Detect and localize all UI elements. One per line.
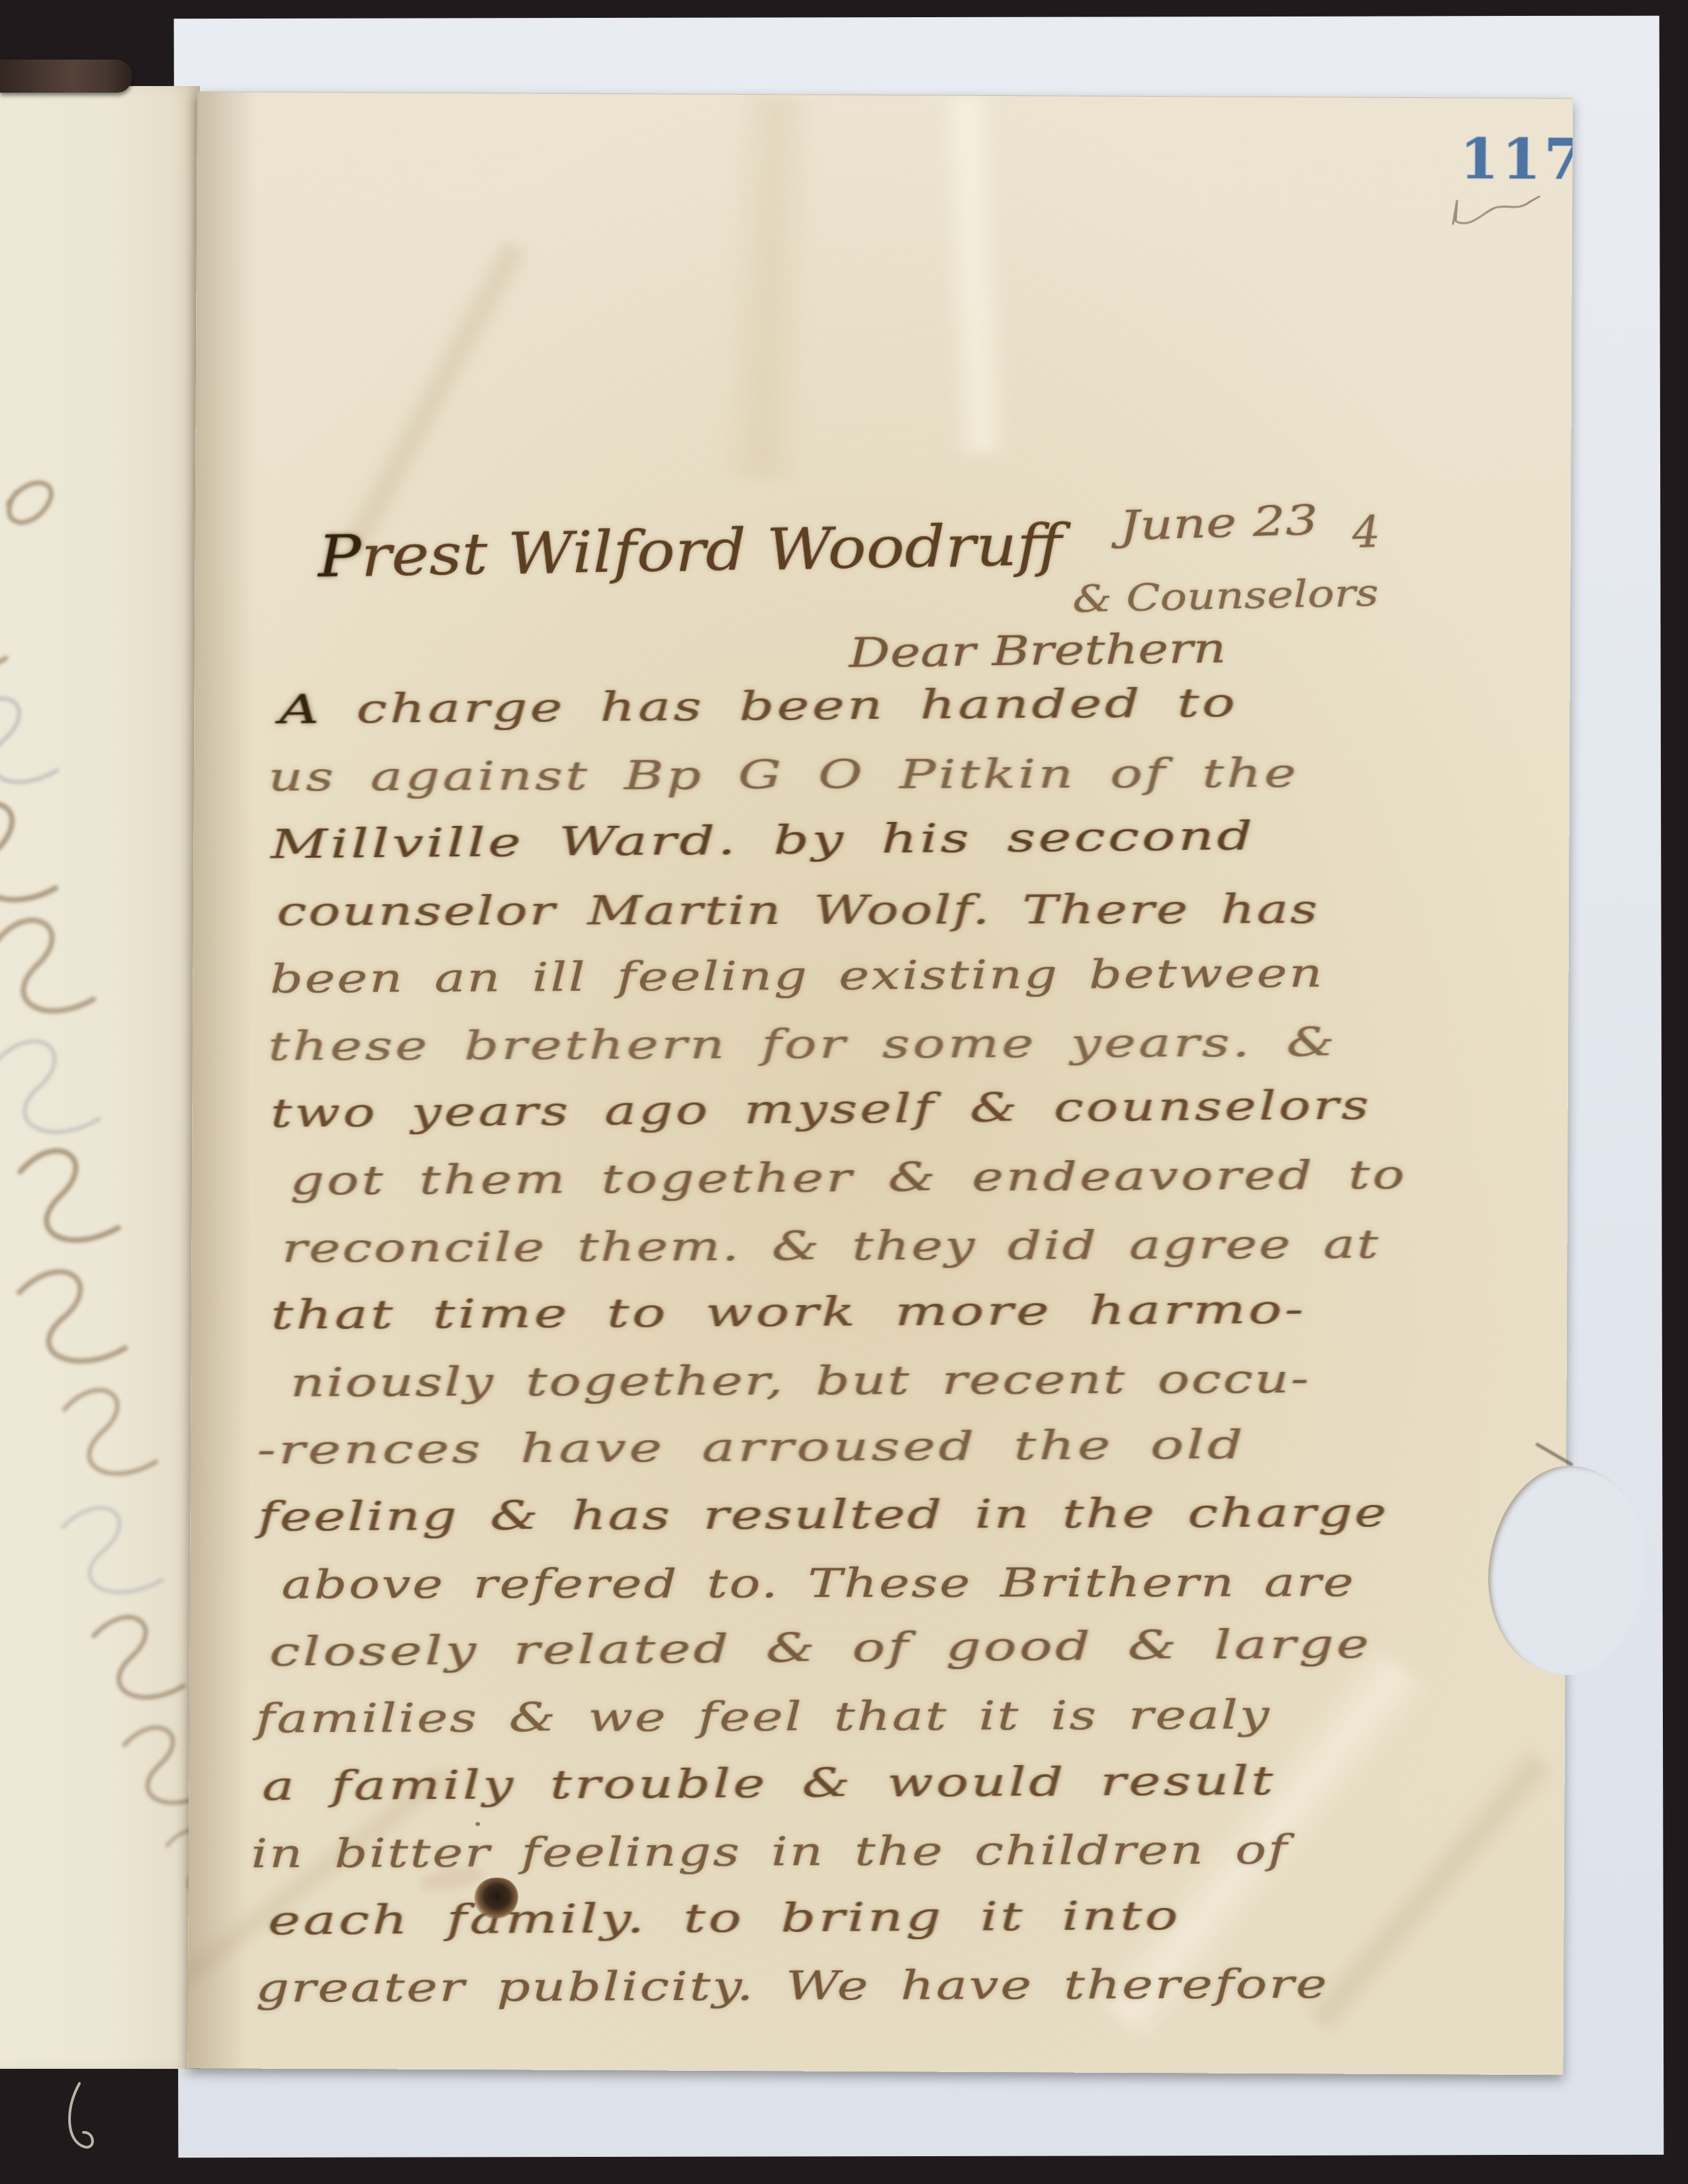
addressee-continuation: & Counselors xyxy=(1072,572,1379,621)
paper-crease xyxy=(718,93,820,480)
body-line: greater publicity. We have therefore xyxy=(256,1961,1329,2011)
salutation: Dear Brethern xyxy=(849,624,1227,677)
body-line: been an ill feeling existing between xyxy=(270,950,1325,1003)
body-line: that time to work more harmo- xyxy=(271,1287,1306,1339)
book-binding-edge xyxy=(0,60,132,93)
body-line: us against Bp G O Pitkin of the xyxy=(268,751,1299,801)
paper-crease xyxy=(936,95,1013,455)
paper-thread xyxy=(46,2078,139,2177)
date-line: June 23 xyxy=(1119,496,1319,550)
ink-speck xyxy=(563,1792,567,1796)
body-line: closely related & of good & large xyxy=(269,1621,1372,1675)
pencil-mark xyxy=(1448,183,1554,236)
paper-crease xyxy=(335,237,533,559)
body-line: each family. to bring it into xyxy=(268,1893,1181,1944)
addressee-line: Prest Wilford Woodruff xyxy=(318,512,1062,590)
bleedthrough-writing xyxy=(0,86,200,2069)
body-line: got them together & endeavored to xyxy=(290,1152,1407,1204)
body-line: in bitter feelings in the children of xyxy=(251,1827,1289,1877)
body-line: these brethern for some years. & xyxy=(268,1019,1337,1069)
gutter-shadow xyxy=(187,92,257,2068)
body-line: A charge has been handed to xyxy=(279,680,1238,733)
letter-page: 117 June 23 4 Prest Wilford Woodruff & C… xyxy=(187,91,1573,2075)
body-line: two years ago myself & counselors xyxy=(271,1082,1372,1136)
letter-page-surface: 117 June 23 4 Prest Wilford Woodruff & C… xyxy=(187,92,1573,2075)
page-number-stamp: 117 xyxy=(1460,126,1573,192)
ink-speck xyxy=(475,1822,480,1826)
facing-page-edge xyxy=(0,86,200,2069)
body-line: reconcile them. & they did agree at xyxy=(282,1221,1380,1271)
body-line: -rences have arroused the old xyxy=(257,1422,1246,1473)
scanned-letter-screenshot: { "document": { "type": "handwritten let… xyxy=(0,0,1688,2184)
body-line: feeling & has resulted in the charge xyxy=(258,1490,1388,1541)
body-line: Millville Ward. by his seccond xyxy=(271,813,1256,868)
body-line: niously together, but recent occu- xyxy=(291,1356,1311,1406)
body-line: a family trouble & would result xyxy=(262,1758,1276,1810)
body-line: families & we feel that it is realy xyxy=(256,1692,1271,1743)
body-line: above refered to. These Brithern are xyxy=(281,1559,1355,1608)
body-line: counselor Martin Woolf. There has xyxy=(277,886,1319,934)
date-year-fragment: 4 xyxy=(1352,506,1381,558)
